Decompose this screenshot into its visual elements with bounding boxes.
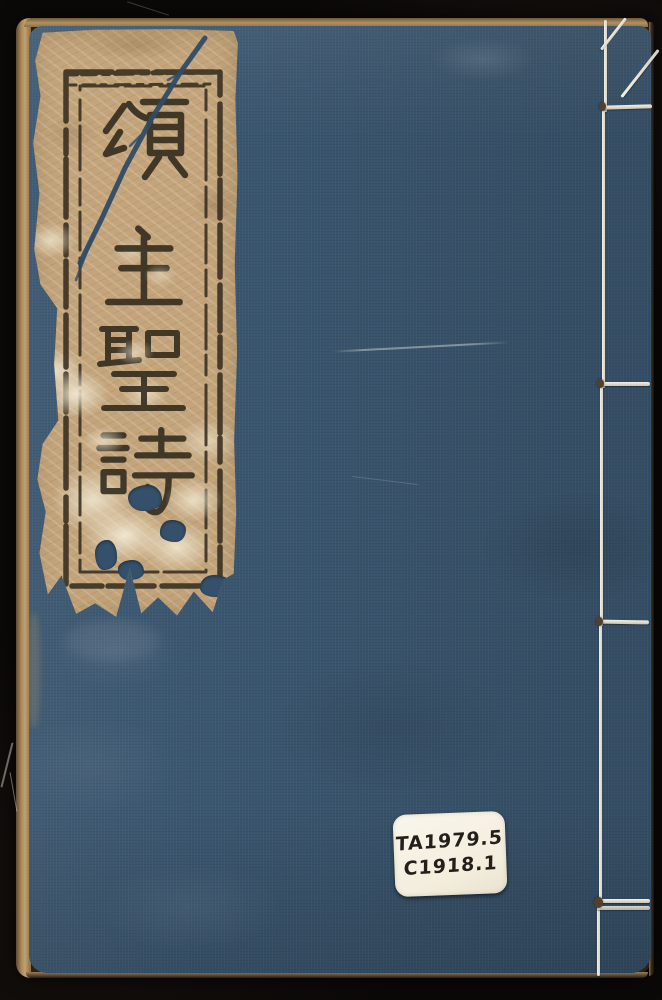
binding-thread-vertical — [597, 902, 600, 976]
binding-stitch — [599, 620, 649, 625]
binding-knot — [597, 379, 604, 388]
binding-knot — [599, 102, 606, 111]
label-tear-hole — [128, 485, 162, 511]
binding-thread-vertical — [604, 20, 607, 112]
worn-patch — [64, 620, 160, 662]
label-tear-hole — [160, 520, 186, 542]
binding-knot — [594, 897, 603, 908]
call-number-sticker: TA1979.5 C1918.1 — [392, 811, 507, 897]
label-residue-streak — [28, 612, 40, 728]
glyph-zhu — [108, 229, 179, 302]
glyph-sheng — [100, 329, 183, 408]
photo-background: { "alt": "Stitch-bound book with blue cl… — [0, 0, 662, 1000]
binding-thread-vertical — [600, 384, 603, 626]
binding-stitch — [597, 906, 650, 910]
binding-thread-vertical — [602, 106, 605, 388]
binding-thread-vertical — [599, 622, 602, 906]
binding-stitch — [600, 382, 650, 386]
label-artwork — [30, 28, 240, 618]
binding-knot — [596, 617, 603, 626]
loose-fiber — [127, 1, 169, 16]
title-label: 頌主聖詩 頌 主 聖 詩 — [30, 28, 240, 618]
glyph-song — [106, 102, 186, 177]
label-tear-hole — [95, 540, 117, 570]
binding-stitch — [597, 899, 650, 903]
